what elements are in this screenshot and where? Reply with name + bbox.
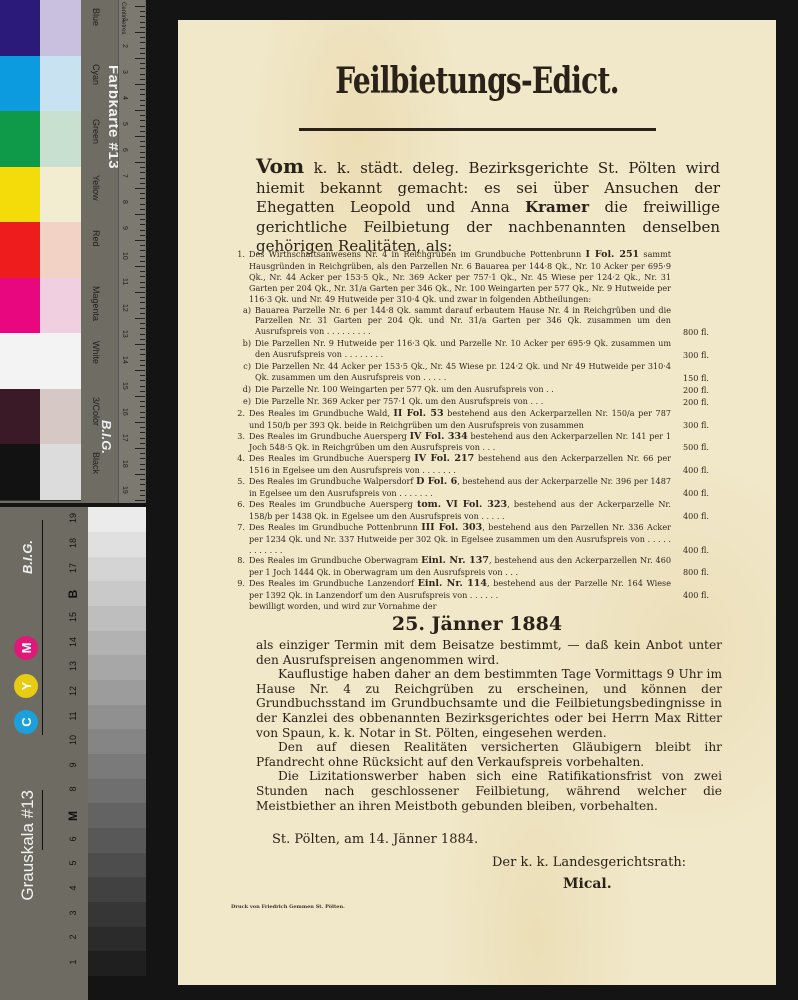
gray-step-number: 9 xyxy=(68,758,78,772)
edict-document: Feilbietungs-Edict. Vom k. k. städt. del… xyxy=(178,20,776,985)
ruler-tick xyxy=(140,16,145,17)
magenta-dot-icon: M xyxy=(14,636,38,660)
property-item: 5.Des Reales im Grundbuche Walpersdorf D… xyxy=(233,476,723,499)
ruler-tick xyxy=(140,479,145,480)
ruler-tick xyxy=(140,375,145,376)
swatch-label: Blue xyxy=(85,8,101,26)
item-number: 9. xyxy=(233,578,249,601)
gray-step xyxy=(88,803,146,828)
gray-step xyxy=(88,532,146,557)
ruler-tick xyxy=(135,32,145,33)
ruler-tick xyxy=(140,105,145,106)
gray-step xyxy=(88,827,146,852)
ruler-tick xyxy=(140,209,145,210)
ruler-tick xyxy=(140,261,145,262)
swatch-1 xyxy=(0,56,81,113)
place-date: St. Pölten, am 14. Jänner 1884. xyxy=(272,832,478,847)
item-price: 500 fl. xyxy=(683,442,723,453)
item-text: Des Wirthschaftsanwesens Nr. 4 in Reichg… xyxy=(249,249,585,259)
ruler-tick xyxy=(140,495,145,496)
gray-step xyxy=(88,630,146,655)
property-item: 2.Des Reales im Grundbuche Wald, II Fol.… xyxy=(233,408,723,431)
item-text: Bauarea Parzelle Nr. 6 per 144·8 Qk. sam… xyxy=(255,305,671,337)
ruler-number: 9 xyxy=(121,226,128,230)
body-paragraph: Kauflustige haben daher an dem bestimmte… xyxy=(256,667,722,740)
ruler-tick xyxy=(140,453,145,454)
swatch-full xyxy=(0,333,40,390)
property-item: 8.Des Reales im Grundbuche Oberwagram Ei… xyxy=(233,555,723,578)
printer-imprint: Druck von Friedrich Gemmen St. Pölten. xyxy=(231,904,345,910)
ruler-tick xyxy=(140,365,145,366)
item-description: Die Parzellen Nr. 9 Hutweide per 116·3 Q… xyxy=(255,338,723,361)
gray-step-number: B xyxy=(66,587,80,601)
ruler-tick xyxy=(140,328,145,329)
swatch-full xyxy=(0,167,40,224)
swatch-label: Red xyxy=(85,230,101,247)
ruler-tick xyxy=(140,100,145,101)
item-price: 200 fl. xyxy=(683,397,723,408)
ruler-tick xyxy=(140,302,145,303)
swatch-tint xyxy=(40,389,81,446)
item-description: Des Wirthschaftsanwesens Nr. 4 in Reichg… xyxy=(249,249,723,305)
ruler-number: 2 xyxy=(121,44,128,48)
gray-step-number: 1 xyxy=(68,955,78,969)
ruler-tick xyxy=(140,22,145,23)
item-text: Des Reales im Grundbuche Oberwagram xyxy=(249,555,421,565)
ruler-number: 13 xyxy=(121,330,128,338)
property-item: 7.Des Reales im Grundbuche Pottenbrunn I… xyxy=(233,522,723,556)
ruler-tick xyxy=(140,256,145,257)
ruler-tick xyxy=(140,89,145,90)
item-description: Die Parzelle Nr. 100 Weingarten per 577 … xyxy=(255,384,723,396)
cyan-dot-icon: C xyxy=(14,710,38,734)
ruler-tick xyxy=(135,6,145,7)
ruler-tick xyxy=(140,354,145,355)
body-paragraph: als einziger Termin mit dem Beisatze bes… xyxy=(256,638,722,667)
ruler-tick xyxy=(140,115,145,116)
swatch-5 xyxy=(0,278,81,335)
swatch-full xyxy=(0,278,40,335)
ruler-tick xyxy=(140,167,145,168)
gray-step-number: 4 xyxy=(68,881,78,895)
item-text: Die Parzellen Nr. 9 Hutweide per 116·3 Q… xyxy=(255,338,671,359)
ruler-tick xyxy=(135,474,145,475)
property-item: 3.Des Reales im Grundbuche Auersperg IV … xyxy=(233,431,723,454)
ruler-tick xyxy=(140,120,145,121)
item-price: 150 fl. xyxy=(683,373,723,384)
gray-step-number: 14 xyxy=(68,635,78,649)
color-chart-brand: B.I.G. xyxy=(99,420,114,454)
item-text: Die Parzellen Nr. 44 Acker per 153·5 Qk.… xyxy=(255,361,671,382)
ruler-tick xyxy=(140,193,145,194)
ruler-number: 17 xyxy=(121,434,128,442)
ruler-tick xyxy=(140,94,145,95)
items-closing: bewilligt worden, und wird zur Vornahme … xyxy=(233,601,723,612)
ruler-tick xyxy=(140,349,145,350)
gray-step-number: 6 xyxy=(68,832,78,846)
ruler-tick xyxy=(135,84,145,85)
ruler-tick xyxy=(140,11,145,12)
ruler-number: 14 xyxy=(121,356,128,364)
swatch-2 xyxy=(0,111,81,168)
item-description: Des Reales im Grundbuche Auersperg IV Fo… xyxy=(249,453,723,476)
item-number: c) xyxy=(233,361,255,384)
ruler-number: 12 xyxy=(121,304,128,312)
ruler-tick xyxy=(135,422,145,423)
ruler-tick xyxy=(140,183,145,184)
swatch-full xyxy=(0,56,40,113)
ruler-tick xyxy=(140,157,145,158)
item-price: 400 fl. xyxy=(683,511,723,522)
gray-step xyxy=(88,581,146,606)
gray-step-number: M xyxy=(66,809,80,823)
item-number: 5. xyxy=(233,476,249,499)
ruler-tick xyxy=(140,323,145,324)
body-paragraph: Den auf diesen Realitäten versicherten G… xyxy=(256,740,722,769)
item-number: 4. xyxy=(233,453,249,476)
ruler-number: 4 xyxy=(121,96,128,100)
item-description: Des Reales im Grundbuche Oberwagram Einl… xyxy=(249,555,723,578)
ruler-caption: Centimetres xyxy=(120,2,126,34)
ruler-tick xyxy=(140,48,145,49)
swatch-4 xyxy=(0,222,81,279)
ruler-tick xyxy=(135,110,145,111)
property-item: d)Die Parzelle Nr. 100 Weingarten per 57… xyxy=(233,384,723,396)
ruler-number: 3 xyxy=(121,70,128,74)
item-number: 6. xyxy=(233,499,249,522)
swatch-full xyxy=(0,389,40,446)
swatch-tint xyxy=(40,278,81,335)
item-register-ref: I Fol. 251 xyxy=(585,249,639,260)
ruler-tick xyxy=(140,287,145,288)
swatch-0 xyxy=(0,0,81,57)
ruler-tick xyxy=(140,235,145,236)
item-price: 400 fl. xyxy=(683,545,723,556)
gray-scale-steps xyxy=(88,507,146,1000)
gray-step-number: 13 xyxy=(68,659,78,673)
ruler-tick xyxy=(135,162,145,163)
gray-step-number: 17 xyxy=(68,561,78,575)
ruler-tick xyxy=(140,250,145,251)
item-register-ref: Einl. Nr. 137 xyxy=(421,555,489,566)
item-register-ref: IV Fol. 217 xyxy=(414,453,474,464)
ruler-tick xyxy=(135,266,145,267)
ruler-number: 6 xyxy=(121,148,128,152)
swatch-full xyxy=(0,222,40,279)
gray-step-number: 18 xyxy=(68,536,78,550)
gray-step xyxy=(88,729,146,754)
ruler-number: 19 xyxy=(121,486,128,494)
swatch-full xyxy=(0,0,40,57)
property-item: 9.Des Reales im Grundbuche Lanzendorf Ei… xyxy=(233,578,723,601)
gray-step-number: 8 xyxy=(68,782,78,796)
ruler-tick xyxy=(140,271,145,272)
item-text: Des Reales im Grundbuche Walpersdorf xyxy=(249,476,416,486)
gray-step-number: 11 xyxy=(68,709,78,723)
ruler-tick xyxy=(140,484,145,485)
ruler-tick xyxy=(135,214,145,215)
ruler-number: 8 xyxy=(121,200,128,204)
ruler-tick xyxy=(140,406,145,407)
swatch-3 xyxy=(0,167,81,224)
ruler-tick xyxy=(140,313,145,314)
item-register-ref: II Fol. 53 xyxy=(393,408,443,419)
item-text: Des Reales im Grundbuche Auersperg xyxy=(249,431,410,441)
ruler-tick xyxy=(140,37,145,38)
item-text: Des Reales im Grundbuche Auersperg xyxy=(249,453,414,463)
item-number: a) xyxy=(233,305,255,339)
ruler-tick xyxy=(140,245,145,246)
ruler-tick xyxy=(140,386,145,387)
ruler-tick xyxy=(135,500,145,501)
item-price: 400 fl. xyxy=(683,465,723,476)
gray-step-number: 15 xyxy=(68,610,78,624)
gray-step-number: 10 xyxy=(68,733,78,747)
ruler-tick xyxy=(140,464,145,465)
ruler-number: 11 xyxy=(121,278,128,285)
body-paragraph: Die Lizitationswerber haben sich eine Ra… xyxy=(256,769,722,813)
swatch-label: White xyxy=(85,341,101,364)
item-register-ref: IV Fol. 334 xyxy=(410,431,468,442)
gray-step xyxy=(88,975,146,1000)
gray-step xyxy=(88,704,146,729)
item-price: 300 fl. xyxy=(683,350,723,361)
property-item: 1.Des Wirthschaftsanwesens Nr. 4 in Reic… xyxy=(233,249,723,305)
ruler-tick xyxy=(140,412,145,413)
ruler-tick xyxy=(140,380,145,381)
ruler-tick xyxy=(140,360,145,361)
ruler-tick xyxy=(140,297,145,298)
swatch-tint xyxy=(40,0,81,57)
item-description: Des Reales im Grundbuche Walpersdorf D F… xyxy=(249,476,723,499)
gray-step xyxy=(88,852,146,877)
ruler-tick xyxy=(140,198,145,199)
item-number: e) xyxy=(233,396,255,408)
ruler-tick xyxy=(140,74,145,75)
ruler-tick xyxy=(140,230,145,231)
gray-step-number: 3 xyxy=(68,906,78,920)
item-register-ref: D Fol. 6 xyxy=(416,476,457,487)
item-number: 1. xyxy=(233,249,249,305)
swatch-separator xyxy=(0,500,81,501)
item-text: Die Parzelle Nr. 100 Weingarten per 577 … xyxy=(255,384,554,394)
ruler-tick xyxy=(135,292,145,293)
yellow-dot-icon: Y xyxy=(14,674,38,698)
ruler-tick xyxy=(140,334,145,335)
item-price: 300 fl. xyxy=(683,420,723,431)
ruler-number: 18 xyxy=(121,460,128,468)
color-chart: BlueCyanGreenYellowRedMagentaWhite3/Colo… xyxy=(0,0,146,503)
ruler-tick xyxy=(140,53,145,54)
gray-step xyxy=(88,901,146,926)
item-description: Des Reales im Grundbuche Auersperg IV Fo… xyxy=(249,431,723,454)
gray-step xyxy=(88,655,146,680)
ruler-tick xyxy=(135,396,145,397)
item-price: 400 fl. xyxy=(683,488,723,499)
gray-scale-brand: B.I.G. xyxy=(20,540,35,574)
item-text: Des Reales im Grundbuche Pottenbrunn xyxy=(249,522,421,532)
ruler-tick xyxy=(140,443,145,444)
item-description: Des Reales im Grundbuche Lanzendorf Einl… xyxy=(249,578,723,601)
item-description: Die Parzellen Nr. 44 Acker per 153·5 Qk.… xyxy=(255,361,723,384)
body-paragraphs: als einziger Termin mit dem Beisatze bes… xyxy=(256,638,722,813)
swatch-7 xyxy=(0,389,81,446)
ruler-number: 10 xyxy=(121,252,128,260)
swatch-tint xyxy=(40,222,81,279)
ruler-tick xyxy=(140,204,145,205)
ruler-tick xyxy=(140,276,145,277)
ruler-tick xyxy=(135,58,145,59)
property-item: 4.Des Reales im Grundbuche Auersperg IV … xyxy=(233,453,723,476)
gray-step-number: 5 xyxy=(68,856,78,870)
swatch-label: Black xyxy=(85,452,101,474)
property-item: b)Die Parzellen Nr. 9 Hutweide per 116·3… xyxy=(233,338,723,361)
ruler-tick xyxy=(135,448,145,449)
ruler-number: 16 xyxy=(121,408,128,416)
swatch-full xyxy=(0,111,40,168)
gray-step xyxy=(88,680,146,705)
gray-step xyxy=(88,877,146,902)
ruler-tick xyxy=(135,240,145,241)
swatch-tint xyxy=(40,111,81,168)
item-text: Die Parzelle Nr. 369 Acker per 757·1 Qk.… xyxy=(255,396,543,406)
swatch-tint xyxy=(40,167,81,224)
ruler-tick xyxy=(140,178,145,179)
swatch-tint xyxy=(40,333,81,390)
gray-step xyxy=(88,754,146,779)
ruler-tick xyxy=(140,224,145,225)
property-item: a)Bauarea Parzelle Nr. 6 per 144·8 Qk. s… xyxy=(233,305,723,339)
item-number: d) xyxy=(233,384,255,396)
ruler-tick xyxy=(140,438,145,439)
gray-step xyxy=(88,556,146,581)
ruler-tick xyxy=(140,27,145,28)
title-rule xyxy=(299,128,656,131)
ruler-tick xyxy=(140,427,145,428)
item-text: Des Reales im Grundbuche Wald, xyxy=(249,408,393,418)
ruler-tick xyxy=(140,282,145,283)
signature-name: Mical. xyxy=(563,876,612,892)
ruler-tick xyxy=(135,136,145,137)
item-description: Des Reales im Grundbuche Auersperg tom. … xyxy=(249,499,723,522)
item-description: Die Parzelle Nr. 369 Acker per 757·1 Qk.… xyxy=(255,396,723,408)
ruler-tick xyxy=(140,401,145,402)
swatch-tint xyxy=(40,56,81,113)
ruler-tick xyxy=(140,469,145,470)
gray-step-number: 19 xyxy=(68,511,78,525)
swatch-label: Magenta xyxy=(85,286,101,321)
ruler-number: 15 xyxy=(121,382,128,390)
ruler-tick xyxy=(135,188,145,189)
ruler: 12345678910111213141516171819 xyxy=(118,0,145,503)
signature-role: Der k. k. Landesgerichtsrath: xyxy=(492,855,686,870)
ruler-tick xyxy=(140,131,145,132)
auction-date: 25. Jänner 1884 xyxy=(178,613,776,635)
gray-step-number: 12 xyxy=(68,684,78,698)
swatch-full xyxy=(0,444,40,501)
intro-paragraph: Vom k. k. städt. deleg. Bezirksgerichte … xyxy=(256,157,720,257)
item-description: Bauarea Parzelle Nr. 6 per 144·8 Qk. sam… xyxy=(255,305,723,339)
ruler-tick xyxy=(140,339,145,340)
ruler-tick xyxy=(140,391,145,392)
ruler-tick xyxy=(135,370,145,371)
item-number: 7. xyxy=(233,522,249,556)
gray-step xyxy=(88,951,146,976)
item-price: 800 fl. xyxy=(683,327,723,338)
ruler-tick xyxy=(140,490,145,491)
item-register-ref: III Fol. 303 xyxy=(421,522,482,533)
property-item: c)Die Parzellen Nr. 44 Acker per 153·5 Q… xyxy=(233,361,723,384)
intro-name: Kramer xyxy=(525,198,589,216)
property-item: 6.Des Reales im Grundbuche Auersperg tom… xyxy=(233,499,723,522)
gray-step xyxy=(88,778,146,803)
ruler-tick xyxy=(140,79,145,80)
ruler-tick xyxy=(135,344,145,345)
ruler-tick xyxy=(140,432,145,433)
item-text: Des Reales im Grundbuche Lanzendorf xyxy=(249,578,418,588)
gray-step-number: 2 xyxy=(68,930,78,944)
ruler-tick xyxy=(140,126,145,127)
item-register-ref: tom. VI Fol. 323 xyxy=(417,499,507,510)
gray-step xyxy=(88,926,146,951)
ruler-tick xyxy=(140,141,145,142)
gray-scale-title: Grauskala #13 xyxy=(18,790,44,901)
swatch-6 xyxy=(0,333,81,390)
intro-first-word: Vom xyxy=(256,154,304,178)
item-register-ref: Einl. Nr. 114 xyxy=(418,578,487,589)
swatch-tint xyxy=(40,444,81,501)
ruler-tick xyxy=(140,308,145,309)
ruler-tick xyxy=(140,146,145,147)
ruler-tick xyxy=(140,42,145,43)
ruler-tick xyxy=(140,417,145,418)
item-number: 2. xyxy=(233,408,249,431)
item-description: Des Reales im Grundbuche Pottenbrunn III… xyxy=(249,522,723,556)
gray-step xyxy=(88,606,146,631)
ruler-tick xyxy=(140,63,145,64)
gray-step xyxy=(88,507,146,532)
item-description: Des Reales im Grundbuche Wald, II Fol. 5… xyxy=(249,408,723,431)
item-price: 400 fl. xyxy=(683,590,723,601)
ruler-tick xyxy=(140,152,145,153)
item-number: 3. xyxy=(233,431,249,454)
ruler-number: 5 xyxy=(121,122,128,126)
item-price: 200 fl. xyxy=(683,385,723,396)
item-text: Des Reales im Grundbuche Auersperg xyxy=(249,499,417,509)
item-price: 800 fl. xyxy=(683,567,723,578)
ruler-tick xyxy=(140,458,145,459)
ruler-number: 7 xyxy=(121,174,128,178)
swatch-8 xyxy=(0,444,81,501)
ruler-tick xyxy=(140,219,145,220)
gray-scale-divider xyxy=(42,520,43,735)
property-list: 1.Des Wirthschaftsanwesens Nr. 4 in Reic… xyxy=(233,249,723,612)
item-number: b) xyxy=(233,338,255,361)
item-number: 8. xyxy=(233,555,249,578)
property-item: e)Die Parzelle Nr. 369 Acker per 757·1 Q… xyxy=(233,396,723,408)
ruler-tick xyxy=(140,172,145,173)
ruler-tick xyxy=(140,68,145,69)
ruler-tick xyxy=(135,318,145,319)
document-title: Feilbietungs-Edict. xyxy=(244,60,710,102)
